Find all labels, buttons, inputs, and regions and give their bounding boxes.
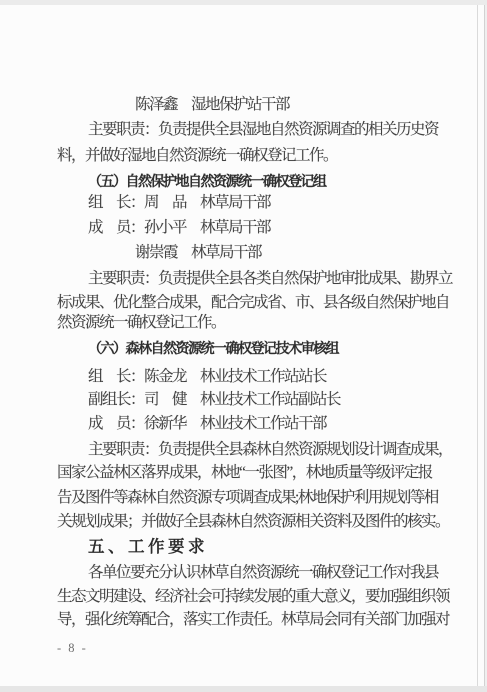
- scan-artifact-vertical-line: [477, 5, 478, 692]
- scan-artifact-page-edge: [484, 5, 485, 692]
- duties-paragraph-line: 主要职责：负责提供全县各类自然保护地审批成果、勘界立: [88, 269, 452, 289]
- body-paragraph-line: 各单位要充分认识林草自然资源统一确权登记工作对我县: [88, 563, 438, 583]
- duties-paragraph-line: 主要职责：负责提供全县森林自然资源规划设计调查成果，: [88, 440, 452, 460]
- duties-paragraph-line: 料，并做好湿地自然资源统一确权登记工作。: [57, 146, 337, 166]
- member-line: 谢崇霞 林草局干部: [135, 243, 261, 263]
- section-heading-five: （五）自然保护地自然资源统一确权登记组: [88, 173, 326, 193]
- duties-paragraph-line: 国家公益林区落界成果，林地“一张图”，林地质量等级评定报: [57, 463, 432, 483]
- scanned-document-page: 陈泽鑫 湿地保护站干部 主要职责：负责提供全县湿地自然资源调查的相关历史资 料，…: [0, 0, 487, 692]
- scan-artifact-bottom-band: [0, 686, 487, 692]
- duties-paragraph-line: 告及图件等森林自然资源专项调查成果;林地保护利用规划等相: [57, 488, 438, 508]
- member-line: 成 员：孙小平 林草局干部: [88, 218, 270, 238]
- duties-paragraph-line: 标成果、优化整合成果，配合完成省、市、县各级自然保护地自: [57, 293, 449, 313]
- page-number: - 8 -: [57, 638, 88, 658]
- leader-line: 组 长：周 品 林草局干部: [88, 193, 270, 213]
- section-heading-six: （六）森林自然资源统一确权登记技术审核组: [88, 340, 338, 360]
- body-paragraph-line: 生态文明建设、经济社会可持续发展的重大意义，要加强组织领: [57, 587, 449, 607]
- member-line: 陈泽鑫 湿地保护站干部: [135, 95, 289, 115]
- scan-artifact-top-band: [0, 0, 487, 5]
- duties-paragraph-line: 主要职责：负责提供全县湿地自然资源调查的相关历史资: [88, 120, 438, 140]
- duties-paragraph-line: 关规划成果；并做好全县森林自然资源相关资料及图件的核实。: [57, 512, 449, 532]
- duties-paragraph-line: 然资源统一确权登记工作。: [57, 313, 225, 333]
- section-heading-work-requirements: 五、工作要求: [88, 537, 208, 557]
- member-line: 成 员：徐新华 林业技术工作站干部: [88, 414, 326, 434]
- deputy-leader-line: 副组长：司 健 林业技术工作站副站长: [88, 390, 340, 410]
- body-paragraph-line: 导，强化统筹配合，落实工作责任。林草局会同有关部门加强对: [57, 610, 449, 630]
- leader-line: 组 长：陈金龙 林业技术工作站站长: [88, 367, 326, 387]
